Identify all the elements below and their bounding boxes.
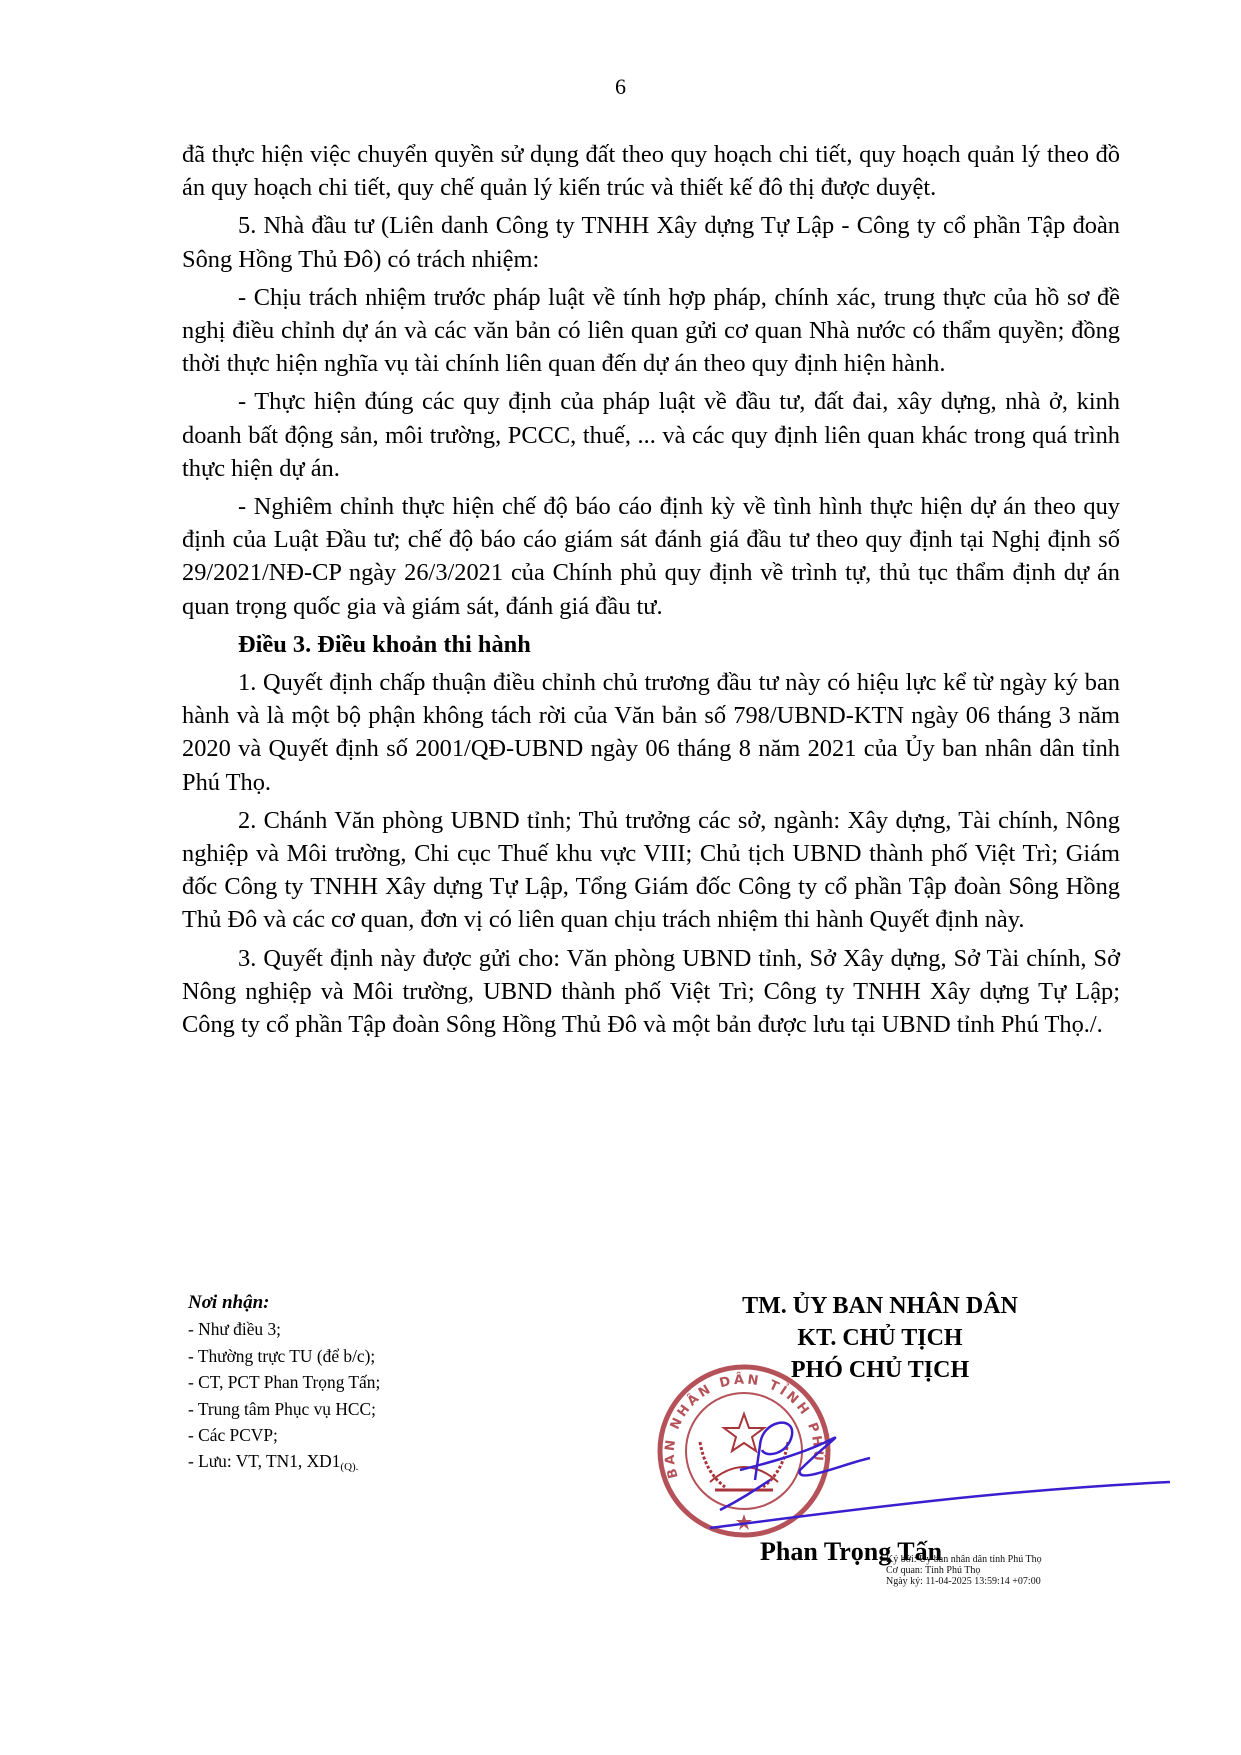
recipient-item: - Trung tâm Phục vụ HCC; <box>188 1396 380 1422</box>
paragraph-duty-legal: - Chịu trách nhiệm trước pháp luật về tí… <box>182 281 1120 381</box>
archive-text: - Lưu: VT, TN1, XD1 <box>188 1451 340 1471</box>
document-body: đã thực hiện việc chuyển quyền sử dụng đ… <box>182 138 1120 1046</box>
digital-signature-info: Ký bởi: Ủy ban nhân dân tỉnh Phú Thọ Cơ … <box>886 1554 1042 1587</box>
paragraph-article3-3: 3. Quyết định này được gửi cho: Văn phòn… <box>182 942 1120 1042</box>
digital-date: Ngày ký: 11-04-2025 13:59:14 +07:00 <box>886 1576 1042 1587</box>
paragraph-duty-compliance: - Thực hiện đúng các quy định của pháp l… <box>182 385 1120 485</box>
paragraph-article3-2: 2. Chánh Văn phòng UBND tỉnh; Thủ trưởng… <box>182 804 1120 937</box>
digital-agency: Cơ quan: Tỉnh Phú Thọ <box>886 1565 1042 1576</box>
page-number: 6 <box>0 74 1241 100</box>
sign-line-kt: KT. CHỦ TỊCH <box>670 1322 1090 1354</box>
article-3-heading: Điều 3. Điều khoản thi hành <box>182 628 1120 661</box>
recipient-item: - Như điều 3; <box>188 1316 380 1342</box>
sign-line-org: TM. ỦY BAN NHÂN DÂN <box>670 1290 1090 1322</box>
paragraph-continuation: đã thực hiện việc chuyển quyền sử dụng đ… <box>182 138 1120 204</box>
recipients-block: Nơi nhận: - Như điều 3; - Thường trực TU… <box>188 1290 380 1481</box>
paragraph-duty-reporting: - Nghiêm chỉnh thực hiện chế độ báo cáo … <box>182 490 1120 623</box>
recipient-item-archive: - Lưu: VT, TN1, XD1(Q). <box>188 1448 380 1480</box>
digital-signed-by: Ký bởi: Ủy ban nhân dân tỉnh Phú Thọ <box>886 1554 1042 1565</box>
recipient-item: - CT, PCT Phan Trọng Tấn; <box>188 1369 380 1395</box>
recipients-title: Nơi nhận: <box>188 1290 380 1316</box>
archive-suffix: (Q). <box>340 1461 358 1473</box>
recipient-item: - Các PCVP; <box>188 1422 380 1448</box>
handwritten-signature-icon <box>700 1410 1180 1540</box>
recipient-item: - Thường trực TU (để b/c); <box>188 1343 380 1369</box>
paragraph-article3-1: 1. Quyết định chấp thuận điều chỉnh chủ … <box>182 666 1120 799</box>
paragraph-investor-duties: 5. Nhà đầu tư (Liên danh Công ty TNHH Xâ… <box>182 209 1120 275</box>
